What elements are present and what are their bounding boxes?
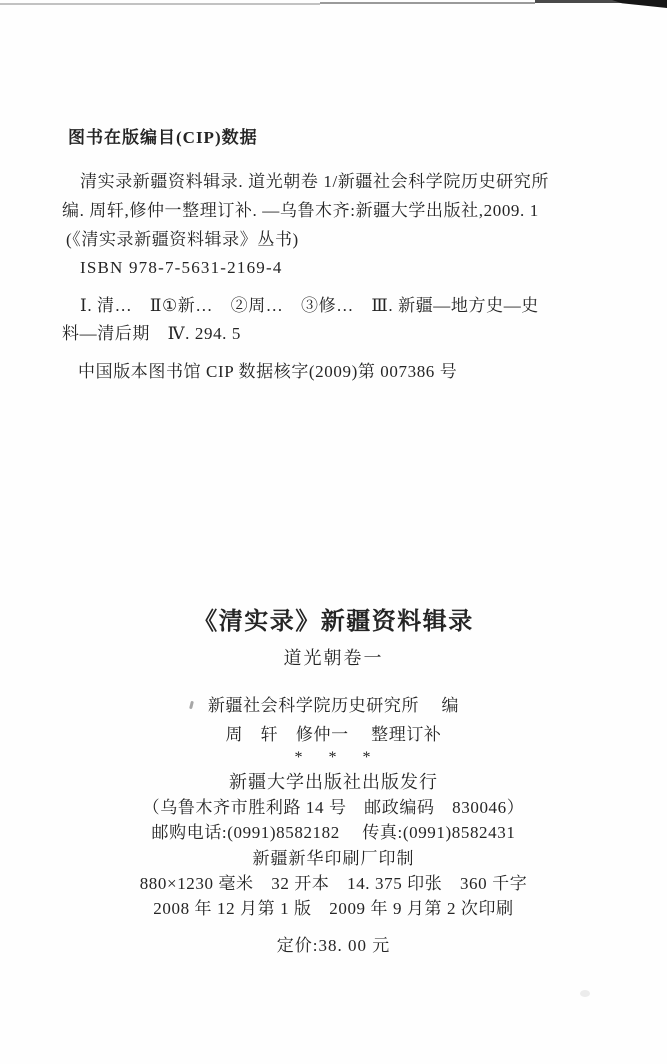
editor-line: 新疆社会科学院历史研究所 编 (0, 696, 667, 716)
book-copyright-page: 图书在版编目(CIP)数据 清实录新疆资料辑录. 道光朝卷 1/新疆社会科学院历… (0, 0, 667, 1064)
contact-line: 邮购电话:(0991)8582182 传真:(0991)8582431 (0, 823, 667, 843)
cip-series-line: (《清实录新疆资料辑录》丛书) (66, 230, 299, 250)
printer-line: 新疆新华印刷厂印制 (0, 849, 667, 869)
scan-scratch-left (0, 3, 320, 5)
book-subtitle: 道光朝卷一 (0, 648, 667, 670)
scan-speck-faint (580, 990, 590, 997)
cip-registry-line: 中国版本图书馆 CIP 数据核字(2009)第 007386 号 (78, 362, 457, 382)
edition-line: 2008 年 12 月第 1 版 2009 年 9 月第 2 次印刷 (0, 899, 667, 919)
cip-record-line-2: 编. 周轩,修仲一整理订补. —乌鲁木齐:新疆大学出版社,2009. 1 (62, 201, 539, 221)
address-line: （乌鲁木齐市胜利路 14 号 邮政编码 830046） (0, 798, 667, 818)
book-title: 《清实录》新疆资料辑录 (0, 608, 667, 637)
scan-scratch-middle (320, 2, 535, 4)
cip-classification-line-2: 料—清后期 Ⅳ. 294. 5 (62, 324, 241, 344)
isbn-line: ISBN 978-7-5631-2169-4 (80, 258, 283, 278)
cip-classification-line-1: Ⅰ. 清… Ⅱ①新… ②周… ③修… Ⅲ. 新疆—地方史—史 (80, 296, 539, 316)
separator-stars: * * * (0, 748, 667, 767)
scan-corner-mark (612, 0, 667, 8)
cip-header: 图书在版编目(CIP)数据 (68, 128, 258, 148)
format-line: 880×1230 毫米 32 开本 14. 375 印张 360 千字 (0, 874, 667, 894)
cip-record-line-1: 清实录新疆资料辑录. 道光朝卷 1/新疆社会科学院历史研究所 (80, 172, 549, 192)
price-line: 定价:38. 00 元 (0, 936, 667, 956)
collator-line: 周 轩 修仲一 整理订补 (0, 725, 667, 745)
publisher-line: 新疆大学出版社出版发行 (0, 772, 667, 794)
